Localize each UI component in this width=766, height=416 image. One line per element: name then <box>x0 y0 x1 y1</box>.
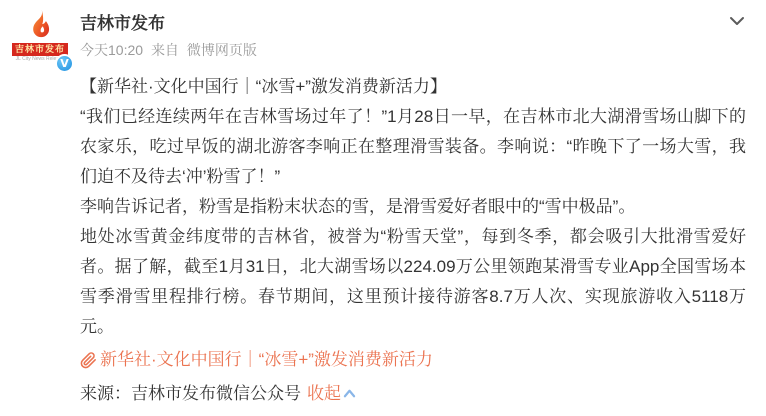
verified-badge-icon: V <box>55 54 74 73</box>
source-label: 来源：吉林市发布微信公众号 <box>80 384 301 403</box>
collapse-link[interactable]: 收起 <box>307 384 356 403</box>
paperclip-icon <box>80 352 97 369</box>
post-title: 【新华社·文化中国行｜“冰雪+”激发消费新活力】 <box>80 72 746 102</box>
collapse-label: 收起 <box>307 384 341 403</box>
attachment-link[interactable]: 新华社·文化中国行｜“冰雪+”激发消费新活力 <box>80 345 746 375</box>
post-paragraph: 李响告诉记者，粉雪是指粉末状态的雪，是滑雪爱好者眼中的“雪中极品”。 <box>80 192 746 222</box>
source-app[interactable]: 微博网页版 <box>187 42 257 58</box>
header-meta: 吉林市发布 今天10:20 来自 微博网页版 <box>80 12 261 60</box>
post-paragraph: 地处冰雪黄金纬度带的吉林省，被誉为“粉雪天堂”，每到冬季，都会吸引大批滑雪爱好者… <box>80 222 746 342</box>
post-paragraph: “我们已经连续两年在吉林雪场过年了！”1月28日一早，在吉林市北大湖滑雪场山脚下… <box>80 102 746 192</box>
source-row: 来源：吉林市发布微信公众号收起 <box>80 379 746 409</box>
avatar[interactable]: 吉林市发布 JL City News Release V <box>12 8 68 68</box>
post-header: 吉林市发布 JL City News Release V 吉林市发布 今天10:… <box>10 8 756 70</box>
username[interactable]: 吉林市发布 <box>80 12 261 36</box>
flame-logo-icon <box>23 8 57 42</box>
chevron-up-icon <box>343 388 356 399</box>
attachment-label: 新华社·文化中国行｜“冰雪+”激发消费新活力 <box>100 345 433 375</box>
source-prefix: 来自 <box>151 42 179 58</box>
weibo-post: 吉林市发布 JL City News Release V 吉林市发布 今天10:… <box>0 0 766 416</box>
post-content: 【新华社·文化中国行｜“冰雪+”激发消费新活力】 “我们已经连续两年在吉林雪场过… <box>80 72 746 409</box>
timestamp[interactable]: 今天10:20 <box>80 42 143 58</box>
post-meta-row: 今天10:20 来自 微博网页版 <box>80 40 261 60</box>
chevron-down-icon[interactable] <box>726 10 748 32</box>
